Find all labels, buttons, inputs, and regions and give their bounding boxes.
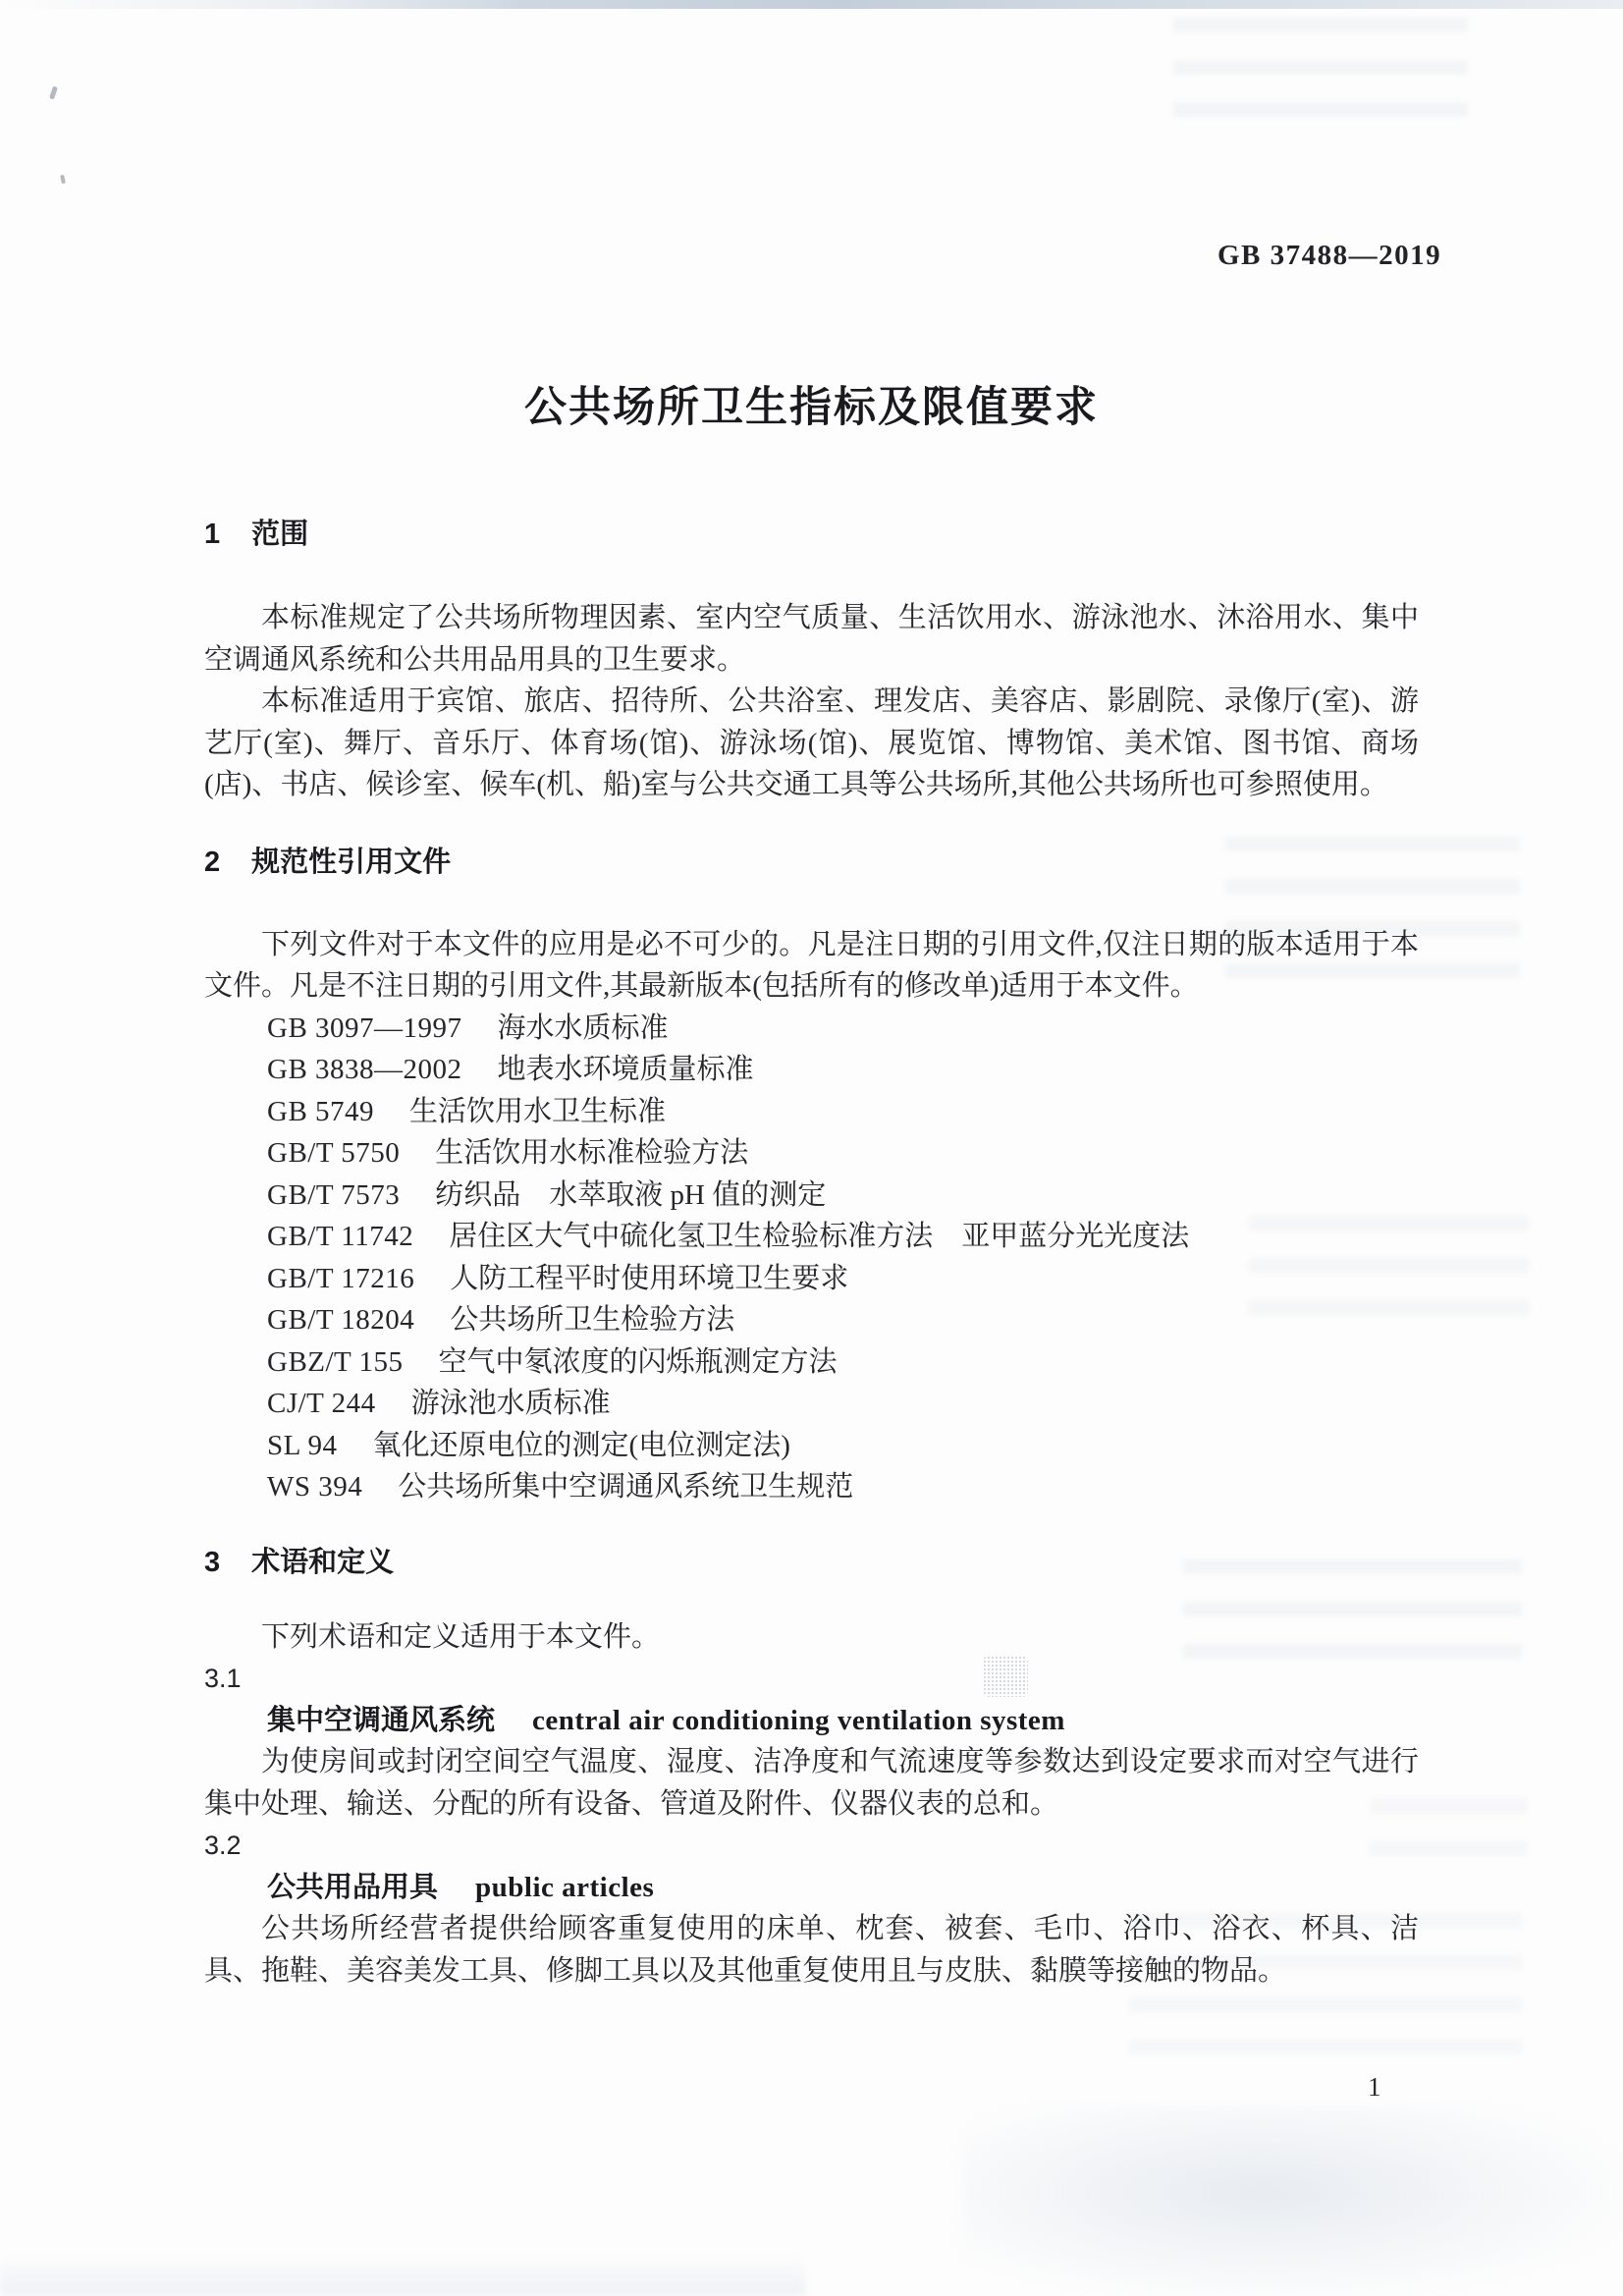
reference-title: 游泳池水质标准 bbox=[411, 1388, 611, 1419]
term-chinese: 集中空调通风系统 bbox=[267, 1705, 495, 1736]
section-number: 3 bbox=[204, 1547, 220, 1578]
reference-title: 海水水质标准 bbox=[498, 1012, 669, 1044]
reference-title: 居住区大气中硫化氢卫生检验标准方法 亚甲蓝分光光度法 bbox=[449, 1221, 1189, 1252]
scan-wash bbox=[0, 2254, 805, 2296]
reference-code: GBZ/T 155 bbox=[267, 1346, 404, 1378]
term-chinese: 公共用品用具 bbox=[267, 1872, 438, 1903]
reference-item: GB 3838—2002地表水环境质量标准 bbox=[204, 1049, 1419, 1091]
reference-item: GB/T 11742居住区大气中硫化氢卫生检验标准方法 亚甲蓝分光光度法 bbox=[204, 1216, 1419, 1258]
scan-speck bbox=[60, 175, 66, 185]
term-definition: 公共场所经营者提供给顾客重复使用的床单、枕套、被套、毛巾、浴巾、浴衣、杯具、洁具… bbox=[204, 1908, 1419, 1992]
term-entry: 3.2 公共用品用具public articles 公共场所经营者提供给顾客重复… bbox=[204, 1825, 1419, 1992]
clause-number: 3.1 bbox=[204, 1658, 1419, 1700]
term-definition: 为使房间或封闭空间空气温度、湿度、洁净度和气流速度等参数达到设定要求而对空气进行… bbox=[204, 1741, 1419, 1825]
term-english: central air conditioning ventilation sys… bbox=[532, 1705, 1065, 1736]
reference-title: 生活饮用水卫生标准 bbox=[409, 1096, 666, 1127]
section-title: 规范性引用文件 bbox=[251, 847, 451, 878]
reference-item: GB/T 18204公共场所卫生检验方法 bbox=[204, 1299, 1419, 1341]
page-number: 1 bbox=[1368, 2072, 1381, 2103]
term-heading: 公共用品用具public articles bbox=[204, 1867, 1419, 1909]
section-heading-terms-definitions: 3术语和定义 bbox=[204, 1547, 1419, 1578]
paragraph: 本标准规定了公共场所物理因素、室内空气质量、生活饮用水、游泳池水、沐浴用水、集中… bbox=[204, 597, 1419, 681]
term-heading: 集中空调通风系统central air conditioning ventila… bbox=[204, 1700, 1419, 1742]
reference-code: GB/T 11742 bbox=[267, 1221, 413, 1252]
reference-code: WS 394 bbox=[267, 1471, 362, 1503]
reference-item: GBZ/T 155空气中氡浓度的闪烁瓶测定方法 bbox=[204, 1341, 1419, 1384]
section-number: 2 bbox=[204, 847, 220, 878]
document-title: 公共场所卫生指标及限值要求 bbox=[204, 383, 1419, 432]
clause-number: 3.2 bbox=[204, 1825, 1419, 1867]
section-heading-normative-references: 2规范性引用文件 bbox=[204, 847, 1419, 878]
reference-item: GB/T 7573纺织品 水萃取液 pH 值的测定 bbox=[204, 1175, 1419, 1217]
reference-item: GB 3097—1997海水水质标准 bbox=[204, 1008, 1419, 1050]
section-number: 1 bbox=[204, 519, 220, 550]
section-title: 范围 bbox=[251, 519, 308, 550]
reference-title: 公共场所集中空调通风系统卫生规范 bbox=[398, 1471, 853, 1503]
reference-title: 公共场所卫生检验方法 bbox=[450, 1304, 734, 1336]
reference-code: GB 3097—1997 bbox=[267, 1012, 462, 1044]
reference-code: SL 94 bbox=[267, 1430, 338, 1461]
reference-code: GB 3838—2002 bbox=[267, 1054, 462, 1085]
section-title: 术语和定义 bbox=[251, 1547, 394, 1578]
reference-title: 地表水环境质量标准 bbox=[498, 1054, 754, 1085]
paragraph: 本标准适用于宾馆、旅店、招待所、公共浴室、理发店、美容店、影剧院、录像厅(室)、… bbox=[204, 681, 1419, 806]
reference-code: GB/T 18204 bbox=[267, 1304, 414, 1336]
reference-item: GB/T 5750生活饮用水标准检验方法 bbox=[204, 1132, 1419, 1175]
term-english: public articles bbox=[475, 1872, 654, 1903]
reference-item: SL 94氧化还原电位的测定(电位测定法) bbox=[204, 1425, 1419, 1467]
scan-speck bbox=[49, 86, 58, 100]
reference-item: WS 394公共场所集中空调通风系统卫生规范 bbox=[204, 1466, 1419, 1508]
reference-code: GB/T 7573 bbox=[267, 1179, 400, 1211]
terms-intro: 下列术语和定义适用于本文件。 bbox=[204, 1616, 1419, 1659]
scan-wash bbox=[962, 2106, 1623, 2296]
reference-title: 人防工程平时使用环境卫生要求 bbox=[450, 1263, 848, 1294]
document-body: 公共场所卫生指标及限值要求 1范围 本标准规定了公共场所物理因素、室内空气质量、… bbox=[204, 0, 1419, 1992]
term-entry: 3.1 集中空调通风系统central air conditioning ven… bbox=[204, 1658, 1419, 1825]
reference-title: 空气中氡浓度的闪烁瓶测定方法 bbox=[439, 1346, 838, 1378]
reference-item: GB/T 17216人防工程平时使用环境卫生要求 bbox=[204, 1258, 1419, 1300]
reference-title: 纺织品 水萃取液 pH 值的测定 bbox=[435, 1179, 826, 1211]
paragraph: 下列文件对于本文件的应用是必不可少的。凡是注日期的引用文件,仅注日期的版本适用于… bbox=[204, 924, 1419, 1008]
reference-title: 生活饮用水标准检验方法 bbox=[435, 1137, 748, 1169]
reference-code: GB/T 5750 bbox=[267, 1137, 400, 1169]
reference-item: CJ/T 244游泳池水质标准 bbox=[204, 1383, 1419, 1425]
reference-item: GB 5749生活饮用水卫生标准 bbox=[204, 1091, 1419, 1133]
reference-code: CJ/T 244 bbox=[267, 1388, 376, 1419]
scanned-document-page: GB 37488—2019 公共场所卫生指标及限值要求 1范围 本标准规定了公共… bbox=[0, 0, 1623, 2296]
reference-title: 氧化还原电位的测定(电位测定法) bbox=[373, 1430, 790, 1461]
reference-list: GB 3097—1997海水水质标准 GB 3838—2002地表水环境质量标准… bbox=[204, 1008, 1419, 1508]
reference-code: GB/T 17216 bbox=[267, 1263, 414, 1294]
reference-code: GB 5749 bbox=[267, 1096, 374, 1127]
section-heading-scope: 1范围 bbox=[204, 519, 1419, 550]
